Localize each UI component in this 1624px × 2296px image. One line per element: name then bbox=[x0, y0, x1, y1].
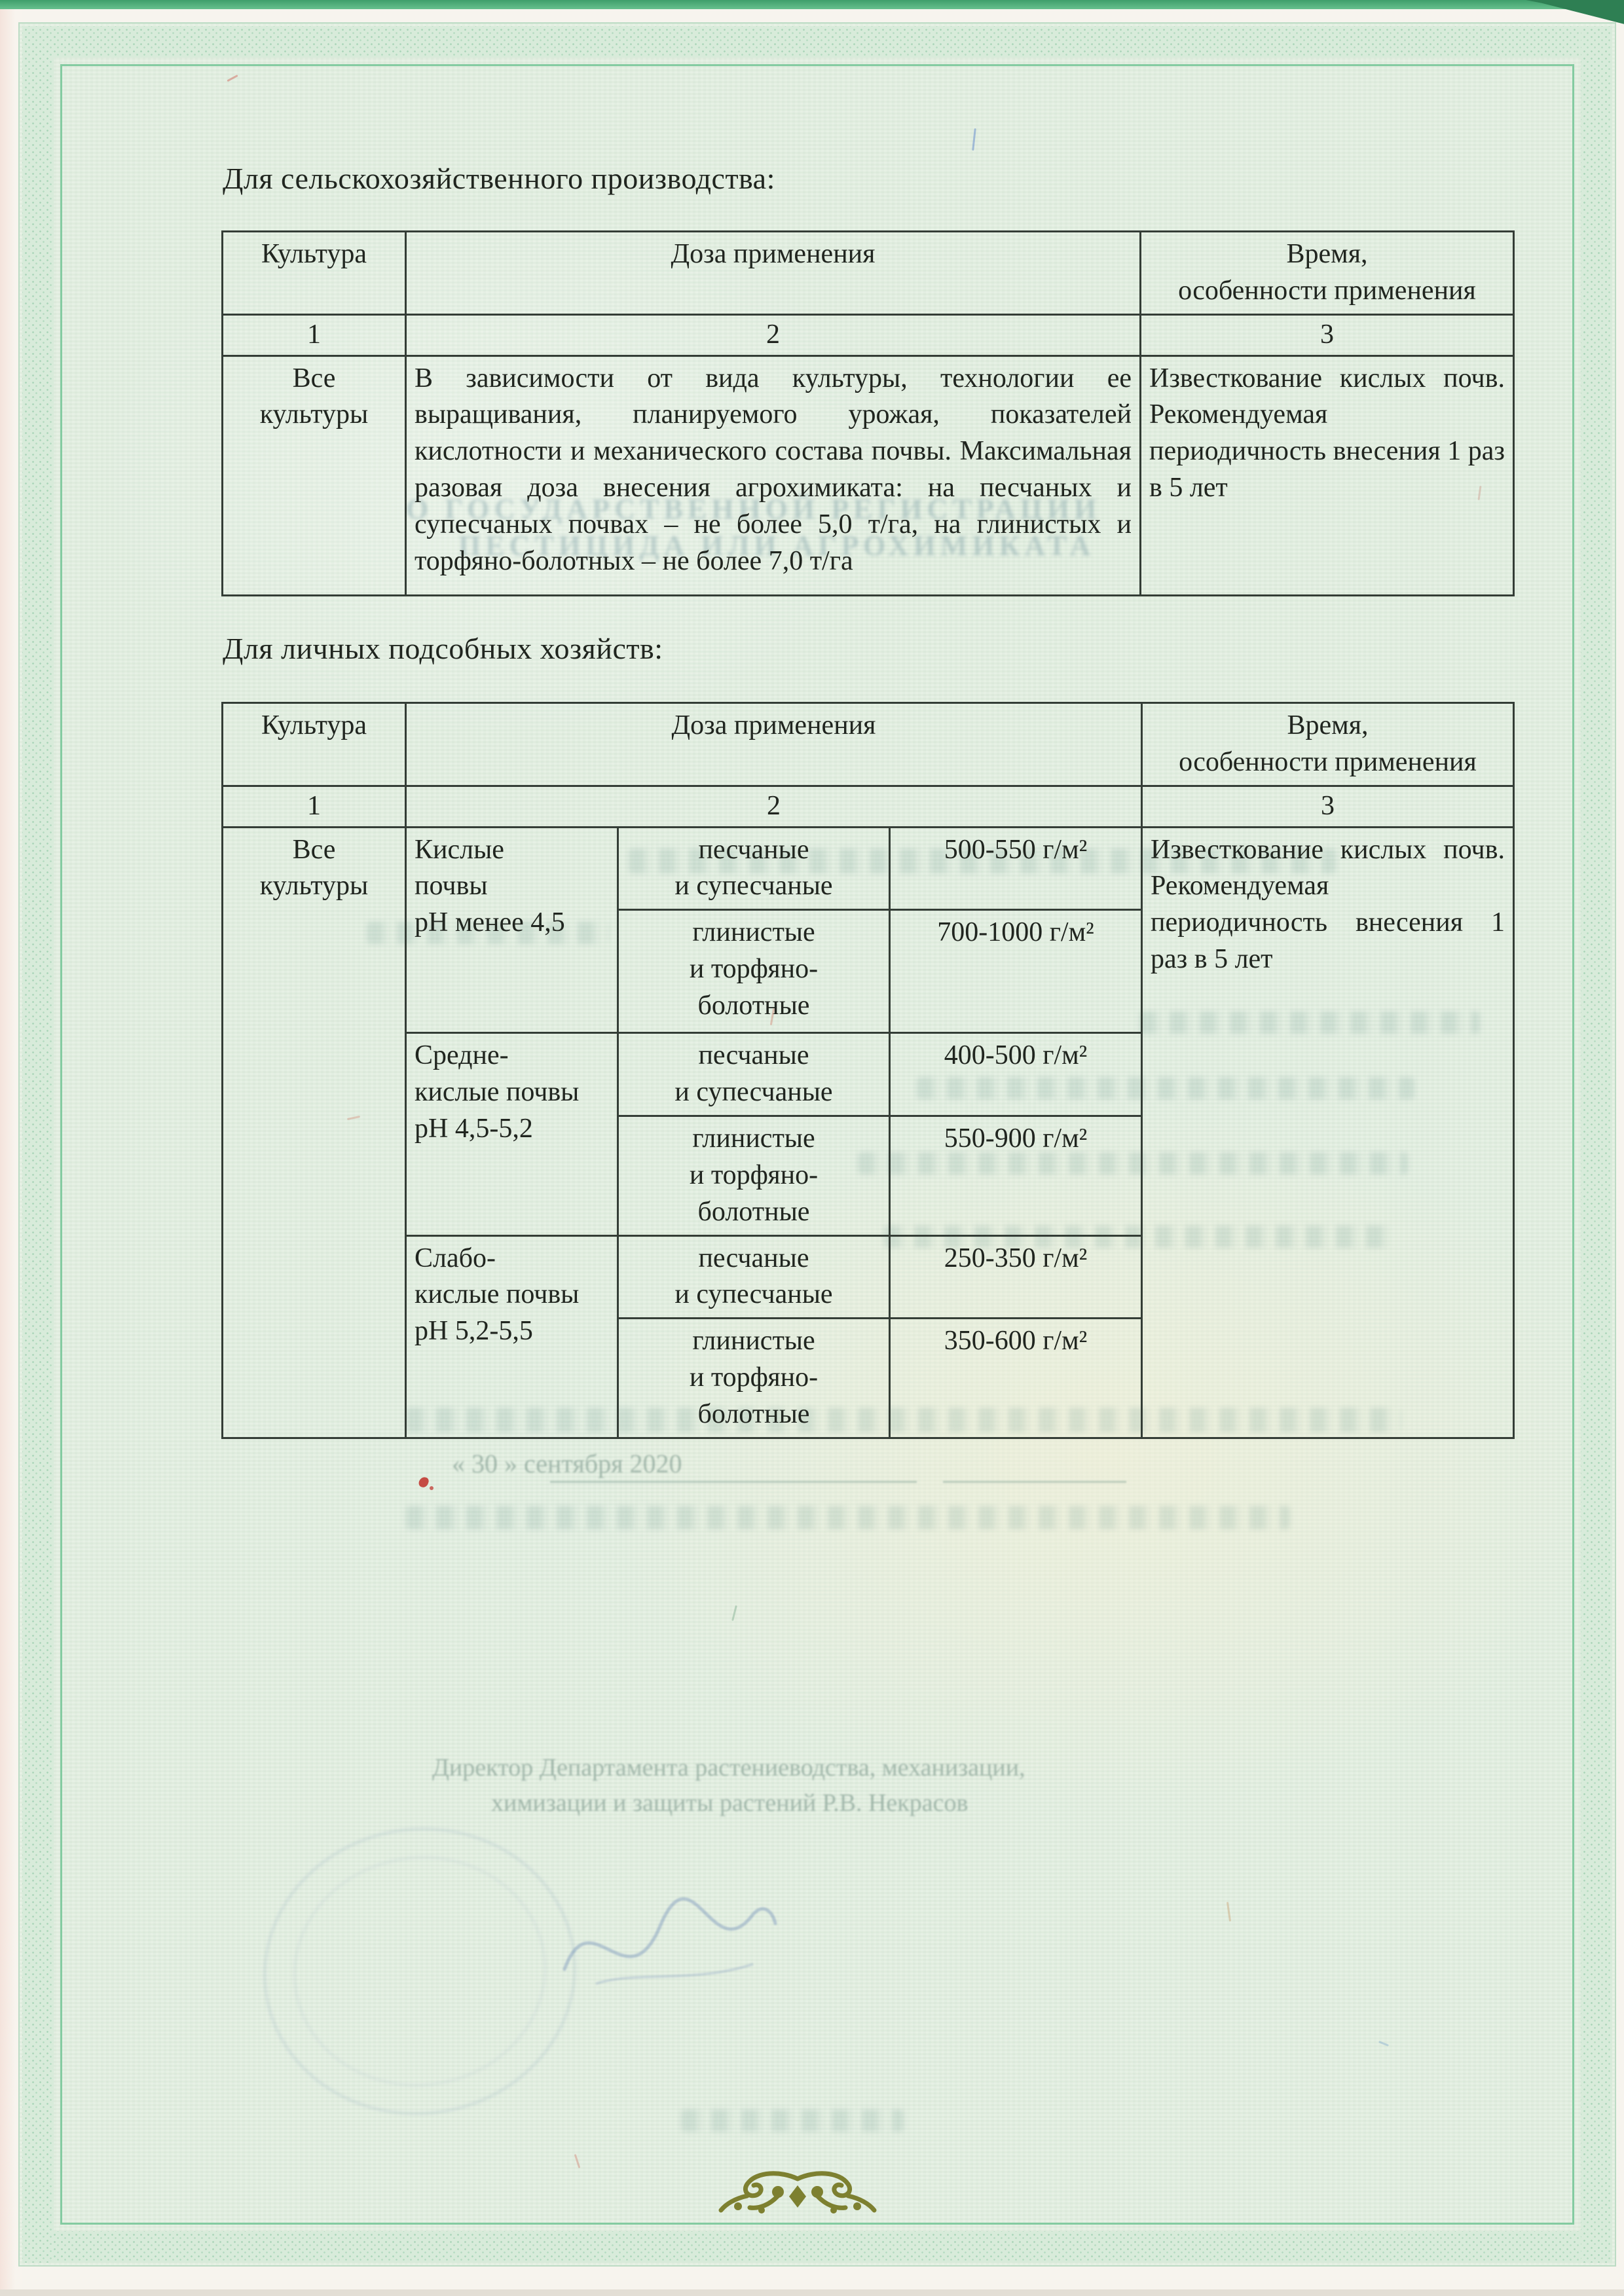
table-row: Культура Доза применения Время, особенно… bbox=[223, 232, 1514, 315]
bottom-flourish-ornament bbox=[716, 2170, 879, 2217]
t2-colnum-3: 3 bbox=[1142, 786, 1514, 827]
t2-cell-soil: глинистые и торфяно- болотные bbox=[618, 1319, 890, 1438]
t2-cell-dose: 550-900 г/м² bbox=[890, 1116, 1142, 1236]
guilloche-border-right bbox=[1581, 26, 1612, 2263]
t2-cell-culture: Все культуры bbox=[223, 827, 406, 1438]
scan-top-green-strip bbox=[0, 0, 1624, 9]
t2-header-time: Время, особенности применения bbox=[1142, 703, 1514, 786]
table-personal-farms: Культура Доза применения Время, особенно… bbox=[221, 702, 1515, 1439]
t1-cell-dose: В зависимости от вида культуры, технолог… bbox=[406, 355, 1141, 595]
t1-header-time: Время, особенности применения bbox=[1141, 232, 1514, 315]
red-ink-speck bbox=[430, 1486, 434, 1490]
t2-colnum-2: 2 bbox=[406, 786, 1142, 827]
table-row: Культура Доза применения Время, особенно… bbox=[223, 703, 1514, 786]
t1-header-culture: Культура bbox=[223, 232, 406, 315]
table-row: 1 2 3 bbox=[223, 786, 1514, 827]
table-row: 1 2 3 bbox=[223, 314, 1514, 355]
guilloche-border-top bbox=[22, 26, 1612, 58]
t1-cell-time: Известкование кислых почв. Рекомендуемая… bbox=[1141, 355, 1514, 595]
t1-colnum-2: 2 bbox=[406, 314, 1141, 355]
t2-cell-soil: песчаные и супесчаные bbox=[618, 1033, 890, 1116]
t2-cell-soil: песчаные и супесчаные bbox=[618, 1235, 890, 1319]
bleedthrough-director-line2: химизации и защиты растений Р.В. Некрасо… bbox=[491, 1789, 968, 1817]
t2-cell-dose: 500-550 г/м² bbox=[890, 827, 1142, 910]
guilloche-border-left bbox=[22, 26, 54, 2263]
t2-cell-dose: 700-1000 г/м² bbox=[890, 910, 1142, 1033]
table-agricultural-production: Культура Доза применения Время, особенно… bbox=[221, 230, 1515, 596]
t2-cell-soil: глинистые и торфяно- болотные bbox=[618, 910, 890, 1033]
bleedthrough-underline bbox=[943, 1481, 1126, 1483]
bleedthrough-director-line1: Директор Департамента растениеводства, м… bbox=[432, 1753, 1025, 1782]
scan-edge-bottom bbox=[0, 2289, 1624, 2296]
section2-title: Для личных подсобных хозяйств: bbox=[223, 631, 663, 666]
t2-cell-dose: 400-500 г/м² bbox=[890, 1033, 1142, 1116]
bleedthrough-signature bbox=[557, 1886, 779, 2016]
bleedthrough-underline bbox=[550, 1481, 917, 1483]
bleedthrough-smudge bbox=[406, 1506, 1290, 1529]
scanned-certificate-back-page: { "page": { "section1_title": "Для сельс… bbox=[0, 0, 1624, 2296]
t2-cell-acidity-weak: Слабо- кислые почвы pH 5,2-5,5 bbox=[406, 1235, 618, 1438]
t2-colnum-1: 1 bbox=[223, 786, 406, 827]
guilloche-border-bottom bbox=[22, 2231, 1612, 2263]
t1-colnum-3: 3 bbox=[1141, 314, 1514, 355]
bleedthrough-date-line: « 30 » сентября 2020 bbox=[452, 1448, 682, 1479]
t2-cell-soil: песчаные и супесчаные bbox=[618, 827, 890, 910]
t1-cell-culture: Все культуры bbox=[223, 355, 406, 595]
t2-cell-acidity-strong: Кислые почвы pH менее 4,5 bbox=[406, 827, 618, 1033]
t2-cell-acidity-medium: Средне- кислые почвы pH 4,5-5,2 bbox=[406, 1033, 618, 1235]
t1-header-dose: Доза применения bbox=[406, 232, 1141, 315]
t2-cell-time: Известкование кислых почв. Рекомендуемая… bbox=[1142, 827, 1514, 1438]
t2-cell-dose: 250-350 г/м² bbox=[890, 1235, 1142, 1319]
table-row: Все культуры Кислые почвы pH менее 4,5 п… bbox=[223, 827, 1514, 910]
t2-cell-soil: глинистые и торфяно- болотные bbox=[618, 1116, 890, 1236]
t1-colnum-1: 1 bbox=[223, 314, 406, 355]
table-row: Все культуры В зависимости от вида культ… bbox=[223, 355, 1514, 595]
t2-header-culture: Культура bbox=[223, 703, 406, 786]
section1-title: Для сельскохозяйственного производства: bbox=[223, 161, 775, 196]
t2-cell-dose: 350-600 г/м² bbox=[890, 1319, 1142, 1438]
bleedthrough-number-smudge bbox=[681, 2109, 904, 2132]
t2-header-dose: Доза применения bbox=[406, 703, 1142, 786]
